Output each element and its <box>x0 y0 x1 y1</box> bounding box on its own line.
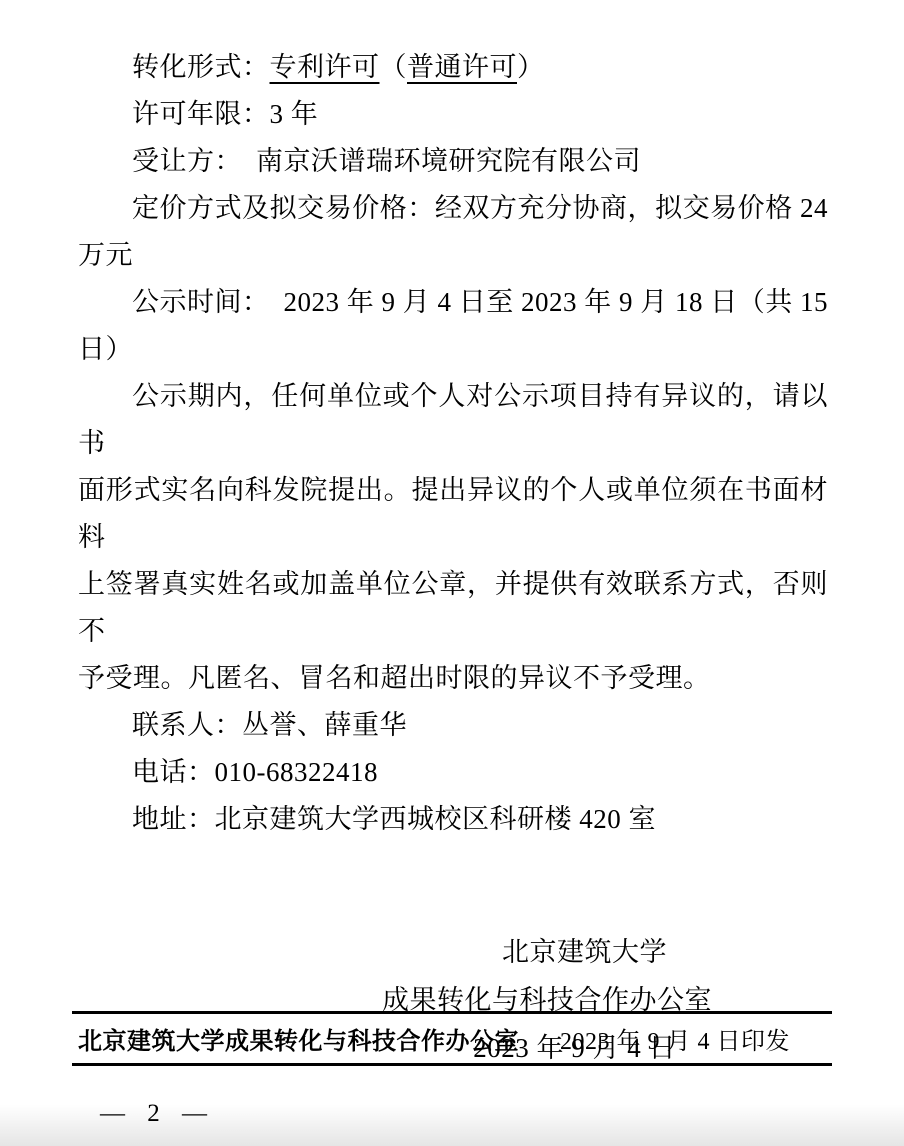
footer-imprint: 北京建筑大学成果转化与科技合作办公室 2023 年 9 月 4 日印发 <box>72 1011 832 1066</box>
body-line: 万元 <box>78 232 828 279</box>
text-segment: 联系人：丛誉、薛重华 <box>132 710 407 740</box>
signature-org-name: 北京建筑大学 <box>78 928 828 976</box>
body-line: 联系人：丛誉、薛重华 <box>78 702 828 749</box>
body-line: 日） <box>78 326 828 373</box>
body-line: 电话：010-68322418 <box>78 749 828 796</box>
body-line: 定价方式及拟交易价格：经双方充分协商，拟交易价格 24 <box>78 185 828 232</box>
text-segment: 万元 <box>78 240 133 270</box>
body-line: 面形式实名向科发院提出。提出异议的个人或单位须在书面材料 <box>78 467 828 561</box>
text-segment: 日） <box>78 334 133 364</box>
text-segment: 地址：北京建筑大学西城校区科研楼 420 室 <box>132 804 656 834</box>
body-line: 转化形式：专利许可（普通许可） <box>78 44 828 91</box>
body-line: 许可年限：3 年 <box>78 91 828 138</box>
body-line: 公示时间： 2023 年 9 月 4 日至 2023 年 9 月 18 日（共 … <box>78 279 828 326</box>
text-segment: 予受理。凡匿名、冒名和超出时限的异议不予受理。 <box>78 663 711 693</box>
body-line: 受让方： 南京沃谱瑞环境研究院有限公司 <box>78 138 828 185</box>
page-number: — 2 — <box>100 1100 215 1128</box>
text-segment: 公示时间： 2023 年 9 月 4 日至 2023 年 9 月 18 日（共 … <box>132 287 828 317</box>
footer-issuer: 北京建筑大学成果转化与科技合作办公室 <box>78 1021 519 1056</box>
text-segment: 公示期内，任何单位或个人对公示项目持有异议的，请以书 <box>78 381 828 458</box>
body-line: 地址：北京建筑大学西城校区科研楼 420 室 <box>78 796 828 843</box>
text-segment: ） <box>517 52 545 82</box>
underlined-text: 普通许可 <box>407 52 517 82</box>
body-line: 公示期内，任何单位或个人对公示项目持有异议的，请以书 <box>78 373 828 467</box>
body-paragraphs: 转化形式：专利许可（普通许可）许可年限：3 年受让方： 南京沃谱瑞环境研究院有限… <box>78 44 828 843</box>
text-segment: 面形式实名向科发院提出。提出异议的个人或单位须在书面材料 <box>78 475 828 552</box>
text-segment: 转化形式： <box>132 52 270 82</box>
text-segment: 上签署真实姓名或加盖单位公章，并提供有效联系方式，否则不 <box>78 569 828 646</box>
text-segment: 定价方式及拟交易价格：经双方充分协商，拟交易价格 24 <box>132 193 828 223</box>
document-body: 转化形式：专利许可（普通许可）许可年限：3 年受让方： 南京沃谱瑞环境研究院有限… <box>0 0 904 1072</box>
footer-rule-bottom <box>72 1063 832 1066</box>
body-line: 上签署真实姓名或加盖单位公章，并提供有效联系方式，否则不 <box>78 561 828 655</box>
text-segment: 许可年限：3 年 <box>132 99 318 129</box>
text-segment: （ <box>380 52 408 82</box>
footer-row: 北京建筑大学成果转化与科技合作办公室 2023 年 9 月 4 日印发 <box>72 1014 832 1063</box>
text-segment: 受让方： 南京沃谱瑞环境研究院有限公司 <box>132 146 641 176</box>
body-line: 予受理。凡匿名、冒名和超出时限的异议不予受理。 <box>78 655 828 702</box>
underlined-text: 专利许可 <box>270 52 380 82</box>
footer-print-date: 2023 年 9 月 4 日印发 <box>560 1021 790 1056</box>
document-page: 转化形式：专利许可（普通许可）许可年限：3 年受让方： 南京沃谱瑞环境研究院有限… <box>0 0 904 1146</box>
text-segment: 电话：010-68322418 <box>132 757 378 787</box>
